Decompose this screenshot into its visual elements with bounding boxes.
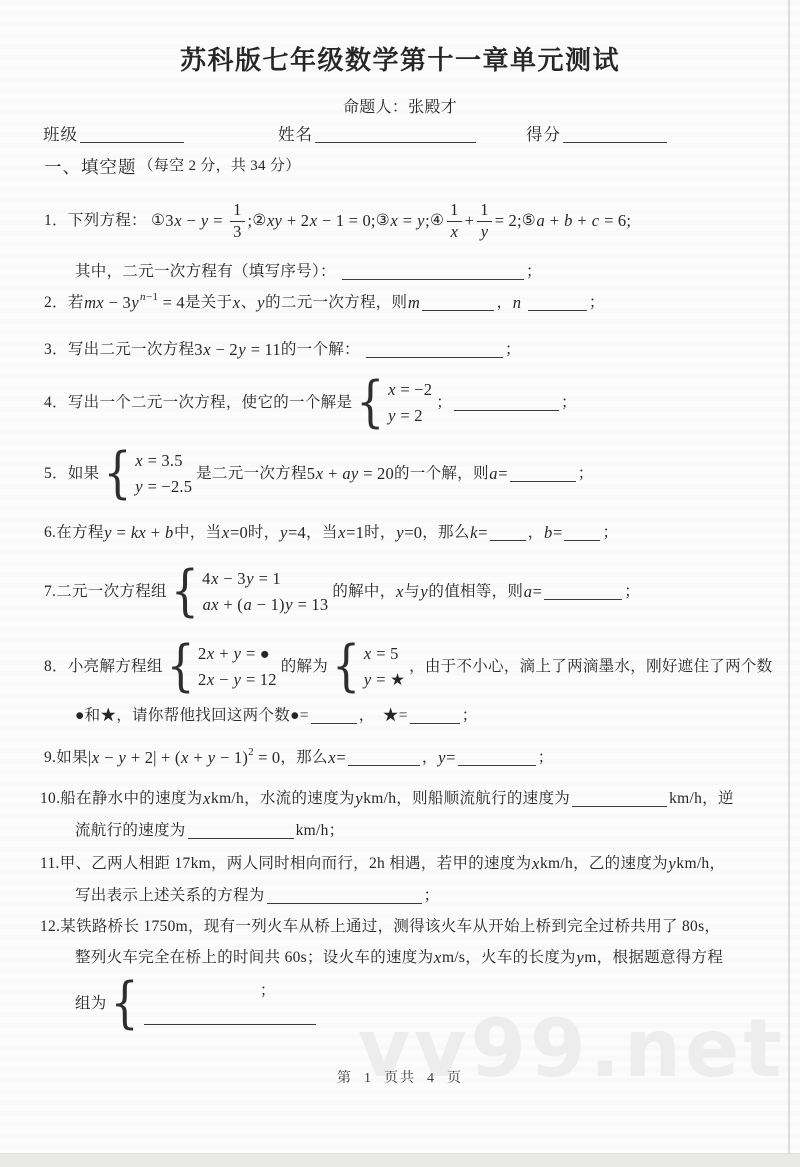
text-run: ，当 <box>306 523 338 543</box>
question-7-line: 7.二元一次方程组{4x − 3y = 1ax + (a − 1)y = 13的… <box>44 562 640 622</box>
equation-row: 4x − 3y = 1 <box>202 566 328 592</box>
class-label: 班级 <box>43 124 78 145</box>
text-run: ② <box>252 211 266 231</box>
question-9-line: 9.如果|x − y + 2| + (x + y − 1)2 = 0，那么x=，… <box>44 744 554 772</box>
equation-row <box>142 1004 318 1030</box>
text-run: 1．下列方程： <box>44 211 151 231</box>
text-run: 与 <box>404 582 420 602</box>
class-field: 班级 <box>43 122 186 148</box>
text-run: ； <box>578 464 594 484</box>
equation-system: {； <box>111 978 318 1030</box>
question-4-line: 4．写出一个二元一次方程，使它的一个解是{x = −2y = 2；； <box>44 374 577 432</box>
score-label: 得分 <box>526 124 561 145</box>
text-run: 的一个解，则 <box>394 464 489 484</box>
text-run: 12.某铁路桥长 1750m，现有一列火车从桥上通过，测得该火车从开始上桥到完全… <box>40 917 720 937</box>
text-run: ， <box>422 748 438 768</box>
text-run: x <box>232 292 241 313</box>
text-run: x= <box>328 747 346 768</box>
question-1-line-1: 1．下列方程： ①3x − y = 13;②xy + 2x − 1 = 0;③x… <box>44 193 631 249</box>
text-run: x=0 <box>221 522 248 543</box>
text-run: 的一个解： <box>281 340 364 360</box>
page-edge-line <box>788 0 790 1167</box>
left-brace: { <box>356 376 384 431</box>
text-run: 中，当 <box>174 523 221 543</box>
text-run: k= <box>470 522 488 543</box>
answer-blank <box>342 264 524 280</box>
section-header: 一、填空题（每空 2 分，共 34 分） <box>44 153 301 181</box>
text-run: x <box>202 788 211 809</box>
section-title: 一、填空题 <box>44 156 137 179</box>
text-run: ； <box>436 393 452 413</box>
question-5-line: 5．如果{x = 3.5y = −2.5是二元一次方程5x + ay = 20的… <box>44 444 594 504</box>
text-run: m <box>407 292 420 313</box>
question-12-line-3: 组为{； <box>75 970 322 1038</box>
text-run: y=0 <box>396 522 423 543</box>
question-12-line-1: 12.某铁路桥长 1750m，现有一列火车从桥上通过，测得该火车从开始上桥到完全… <box>40 914 720 940</box>
text-run: 的解中， <box>332 582 395 602</box>
text-run: 3．写出二元一次方程 <box>44 340 194 360</box>
text-run: = 4 <box>158 292 185 313</box>
text-run: 4．写出一个二元一次方程，使它的一个解是 <box>44 393 352 413</box>
class-blank <box>80 127 184 143</box>
text-run: 整列火车完全在桥上的时间共 60s；设火车的速度为 <box>75 948 433 968</box>
equation-row: y = 2 <box>388 403 433 429</box>
text-run: 11.甲、乙两人相距 17km，两人同时相向而行，2h 相遇，若甲的速度为 <box>40 854 531 874</box>
text-run: km/h，逆 <box>669 789 734 809</box>
answer-blank <box>510 466 576 482</box>
answer-blank <box>564 525 600 541</box>
page-number: 第 1 页共 4 页 <box>0 1070 800 1088</box>
text-run: 6.在方程 <box>44 523 104 543</box>
question-11-line-1: 11.甲、乙两人相距 17km，两人同时相向而行，2h 相遇，若甲的速度为xkm… <box>40 851 725 877</box>
text-run: ； <box>260 978 276 1004</box>
text-run: y = kx + b <box>104 522 174 543</box>
question-2-line: 2．若mx − 3yn−1 = 4是关于x、y的二元一次方程，则m，n ； <box>44 288 605 318</box>
score-field: 得分 <box>526 122 669 148</box>
answer-blank <box>458 750 536 766</box>
text-run: ， <box>496 293 512 313</box>
text-run: km/h， <box>676 854 725 874</box>
question-12-line-2: 整列火车完全在桥上的时间共 60s；设火车的速度为xm/s，火车的长度为ym，根… <box>75 945 723 971</box>
text-run: 组为 <box>75 994 107 1014</box>
text-run: y <box>576 947 585 968</box>
question-8-line-1: 8．小亮解方程组{2x + y = ●2x − y = 12的解为{x = 5y… <box>44 636 772 698</box>
text-run: + <box>465 210 475 231</box>
text-run: 9.如果 <box>44 748 88 768</box>
text-run: y=4 <box>280 522 307 543</box>
text-run: = 2; <box>495 210 522 231</box>
text-run: km/h，水流的速度为 <box>211 789 355 809</box>
text-run: ； <box>602 523 618 543</box>
text-run: ① <box>151 211 165 231</box>
equation-row: x = −2 <box>388 377 433 403</box>
equation-row: 2x − y = 12 <box>198 667 277 693</box>
left-brace: { <box>332 640 360 695</box>
question-3-line: 3．写出二元一次方程3x − 2y = 11的一个解： ； <box>44 337 521 363</box>
equation-row: x = 3.5 <box>135 448 192 474</box>
text-run: xy + 2x − 1 = 0; <box>267 210 376 231</box>
text-run: y <box>355 788 364 809</box>
equation-row: y = −2.5 <box>135 474 192 500</box>
equation-system: {x = 5y = ★ <box>332 641 405 693</box>
text-run: ，那么 <box>422 523 469 543</box>
text-run: ③ <box>376 211 390 231</box>
text-run: ， <box>528 523 544 543</box>
name-label: 姓名 <box>278 124 313 145</box>
text-run: ●和★，请你帮他找回这两个数●= <box>75 706 309 726</box>
text-run: 10.船在静水中的速度为 <box>40 789 202 809</box>
answer-blank <box>144 1009 316 1025</box>
question-10-line-2: 流航行的速度为km/h； <box>75 818 344 844</box>
text-run: 是二元一次方程 <box>196 464 307 484</box>
left-brace: { <box>103 447 131 502</box>
question-11-line-2: 写出表示上述关系的方程为； <box>75 883 439 909</box>
text-run: 8．小亮解方程组 <box>44 657 163 677</box>
text-run: 的值相等，则 <box>428 582 523 602</box>
text-run: a= <box>523 581 542 602</box>
answer-blank <box>454 395 559 411</box>
text-run: ， ★= <box>359 706 408 726</box>
text-run: 2．若 <box>44 293 84 313</box>
text-run: 其中，二元一次方程有（填写序号）： <box>75 262 340 282</box>
equation-row: x = 5 <box>363 641 405 667</box>
text-run: ④ <box>430 211 444 231</box>
answer-blank <box>422 295 494 311</box>
fraction: 1y <box>477 200 492 242</box>
text-run: x = y; <box>390 210 430 231</box>
text-run: x <box>531 853 540 874</box>
text-run: y <box>257 292 266 313</box>
text-run: ； <box>561 393 577 413</box>
answer-blank <box>572 791 667 807</box>
exam-author: 命题人：张殿才 <box>0 98 800 119</box>
text-run: 是关于 <box>185 293 232 313</box>
answer-blank <box>348 750 420 766</box>
text-run: y <box>420 581 429 602</box>
left-brace: { <box>167 640 195 695</box>
question-8-line-2: ●和★，请你帮他找回这两个数●=， ★=； <box>75 703 478 729</box>
text-run: x <box>396 581 405 602</box>
text-run: = 0 <box>254 747 281 768</box>
text-run: ； <box>424 886 440 906</box>
equation-row: ax + (a − 1)y = 13 <box>202 592 328 618</box>
name-blank <box>315 127 476 143</box>
text-run: 写出表示上述关系的方程为 <box>75 886 265 906</box>
text-run: y <box>668 853 677 874</box>
text-run: a= <box>489 463 508 484</box>
text-run: m/s，火车的长度为 <box>442 948 576 968</box>
answer-blank <box>267 888 422 904</box>
text-run: ； <box>526 262 542 282</box>
answer-blank <box>366 342 503 358</box>
text-run: x <box>433 947 442 968</box>
section-note: （每空 2 分，共 34 分） <box>139 157 301 177</box>
text-run: ； <box>624 582 640 602</box>
text-run: 5．如果 <box>44 464 99 484</box>
text-run: 时， <box>364 523 396 543</box>
equation-system: {4x − 3y = 1ax + (a − 1)y = 13 <box>171 566 329 618</box>
equation-system: {x = −2y = 2 <box>356 377 432 429</box>
text-run: 3x − 2y = 11 <box>194 339 281 360</box>
answer-blank <box>544 584 622 600</box>
text-run: 7.二元一次方程组 <box>44 582 167 602</box>
text-run: m，根据题意得方程 <box>584 948 723 968</box>
equation-row: ； <box>142 978 318 1004</box>
answer-blank <box>410 708 460 724</box>
text-run: km/h，则船顺流航行的速度为 <box>363 789 570 809</box>
text-run: y= <box>438 747 456 768</box>
answer-blank <box>311 708 357 724</box>
text-run <box>522 293 526 313</box>
text-run: 时， <box>248 523 280 543</box>
text-run: ； <box>462 706 478 726</box>
question-1-line-2: 其中，二元一次方程有（填写序号）： ； <box>75 259 542 285</box>
question-10-line-1: 10.船在静水中的速度为xkm/h，水流的速度为ykm/h，则船顺流航行的速度为… <box>40 786 734 812</box>
text-run: km/h； <box>296 821 345 841</box>
page-title: 苏科版七年级数学第十一章单元测试 <box>0 44 800 78</box>
equation-row: y = ★ <box>363 667 405 693</box>
text-run: ； <box>589 293 605 313</box>
text-run: |x − y + 2| + (x + y − 1) <box>88 747 248 768</box>
question-6-line: 6.在方程y = kx + b中，当x=0时，y=4，当x=1时，y=0，那么k… <box>44 520 618 546</box>
viewer-bottom-bar <box>0 1153 800 1167</box>
fraction: 13 <box>230 200 244 242</box>
text-run: 5x + ay = 20 <box>307 463 394 484</box>
left-brace: { <box>171 565 199 620</box>
equation-system: {2x + y = ●2x − y = 12 <box>167 641 277 693</box>
left-brace: { <box>111 977 139 1032</box>
text-run: a + b + c = 6; <box>536 210 631 231</box>
text-run: b= <box>544 522 563 543</box>
text-run: 的解为 <box>281 657 328 677</box>
text-run: 流航行的速度为 <box>75 821 186 841</box>
text-run: mx − 3y <box>84 292 140 313</box>
text-run: 3x − y = <box>165 210 227 231</box>
score-blank <box>563 127 667 143</box>
text-run: 的二元一次方程，则 <box>265 293 407 313</box>
text-run <box>142 991 260 992</box>
equation-system: {x = 3.5y = −2.5 <box>103 448 192 500</box>
text-run: ； <box>505 340 521 360</box>
text-run: n <box>512 292 521 313</box>
answer-blank <box>490 525 526 541</box>
text-run: ，由于不小心，滴上了两滴墨水，刚好遮住了两个数 <box>409 657 772 677</box>
answer-blank <box>188 823 294 839</box>
text-run: ，那么 <box>280 748 327 768</box>
answer-blank <box>528 295 587 311</box>
text-run: x=1 <box>338 522 365 543</box>
text-run: 、 <box>241 293 257 313</box>
fraction: 1x <box>447 200 462 242</box>
name-field: 姓名 <box>278 122 478 148</box>
text-run: ； <box>538 748 554 768</box>
test-paper-page: vv99.net 苏科版七年级数学第十一章单元测试 命题人：张殿才 班级 姓名 … <box>0 0 800 1167</box>
equation-row: 2x + y = ● <box>198 641 277 667</box>
text-run: km/h，乙的速度为 <box>540 854 668 874</box>
text-run: ⑤ <box>522 211 536 231</box>
